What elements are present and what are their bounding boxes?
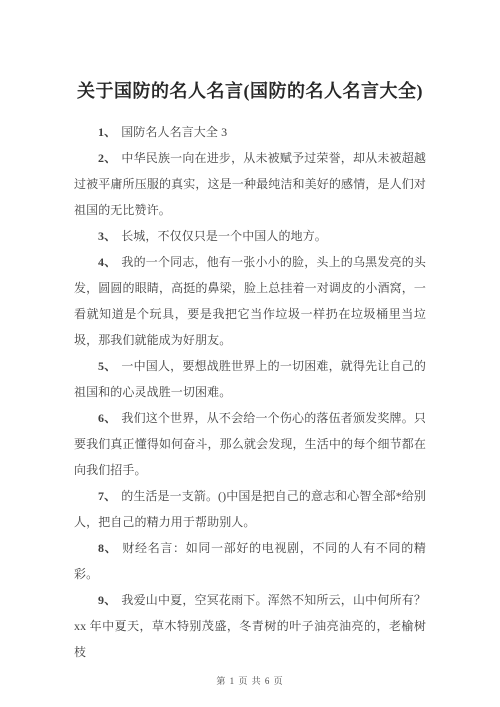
list-item: 8、财经名言：如同一部好的电视剧，不同的人有不同的精彩。: [74, 535, 426, 587]
list-item-number: 4、: [98, 255, 116, 269]
list-item-text: 我的一个同志，他有一张小小的脸，头上的乌黑发亮的头发，圆圆的眼睛，高挺的鼻梁，脸…: [74, 255, 426, 347]
list-item: 9、我爱山中夏，空冥花雨下。浑然不知所云，山中何所有？xx 年中夏天，草木特别茂…: [74, 587, 426, 665]
list-item: 7、的生活是一支箭。()中国是把自己的意志和心智全部*给别人，把自己的精力用于帮…: [74, 483, 426, 535]
list-item: 3、长城，不仅仅只是一个中国人的地方。: [74, 223, 426, 249]
list-item-number: 6、: [98, 411, 116, 425]
list-item-text: 我们这个世界，从不会给一个伤心的落伍者颁发奖牌。只要我们真正懂得如何奋斗，那么就…: [74, 411, 426, 477]
list-item-text: 一中国人，要想战胜世界上的一切困难，就得先让自己的祖国和的心灵战胜一切困难。: [74, 359, 426, 399]
list-item-number: 1、: [98, 125, 116, 139]
list-item: 1、国防名人名言大全 3: [74, 119, 426, 145]
list-item-number: 5、: [98, 359, 116, 373]
page-number-footer: 第 1 页 共 6 页: [74, 674, 426, 687]
list-item: 5、一中国人，要想战胜世界上的一切困难，就得先让自己的祖国和的心灵战胜一切困难。: [74, 353, 426, 405]
list-item-text: 长城，不仅仅只是一个中国人的地方。: [121, 229, 327, 243]
list-item-text: 的生活是一支箭。()中国是把自己的意志和心智全部*给别人，把自己的精力用于帮助别…: [74, 489, 426, 529]
list-item-text: 中华民族一向在进步，从未被赋予过荣誉，却从未被超越过被平庸所压服的真实，这是一种…: [74, 151, 426, 217]
list-item-text: 我爱山中夏，空冥花雨下。浑然不知所云，山中何所有？xx 年中夏天，草木特别茂盛，…: [74, 593, 426, 659]
list-item-text: 财经名言：如同一部好的电视剧，不同的人有不同的精彩。: [74, 541, 426, 581]
list-item-number: 3、: [98, 229, 116, 243]
list-item-number: 7、: [98, 489, 116, 503]
list-item-number: 9、: [98, 593, 116, 607]
list-item: 4、我的一个同志，他有一张小小的脸，头上的乌黑发亮的头发，圆圆的眼睛，高挺的鼻梁…: [74, 249, 426, 353]
list-item-number: 8、: [98, 541, 117, 555]
list-item: 6、我们这个世界，从不会给一个伤心的落伍者颁发奖牌。只要我们真正懂得如何奋斗，那…: [74, 405, 426, 483]
list-item: 2、中华民族一向在进步，从未被赋予过荣誉，却从未被超越过被平庸所压服的真实，这是…: [74, 145, 426, 223]
list-item-text: 国防名人名言大全 3: [121, 125, 227, 139]
document-title: 关于国防的名人名言(国防的名人名言大全): [74, 74, 426, 108]
list-item-number: 2、: [98, 151, 116, 165]
document-page: 关于国防的名人名言(国防的名人名言大全) 1、国防名人名言大全 3 2、中华民族…: [0, 0, 500, 707]
